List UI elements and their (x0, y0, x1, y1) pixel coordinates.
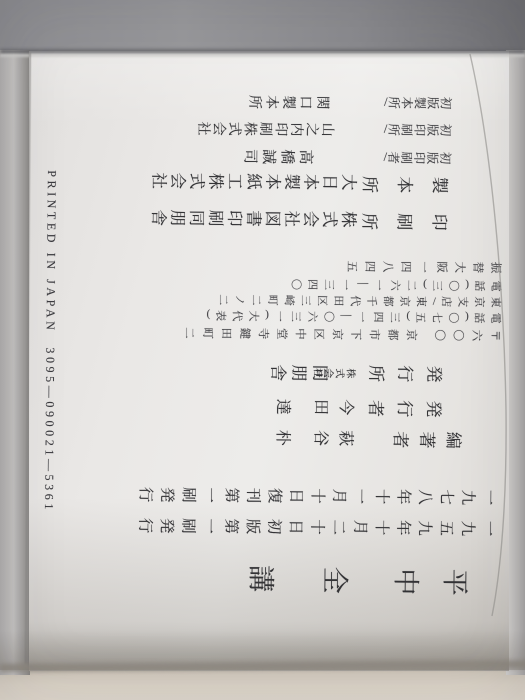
book-colophon-photo: 平 中 全 講 一九五九年十月二十日初版第一刷発行 一九七八年十一月十日復刊第一… (0, 0, 525, 700)
page-crease-line (0, 0, 525, 700)
